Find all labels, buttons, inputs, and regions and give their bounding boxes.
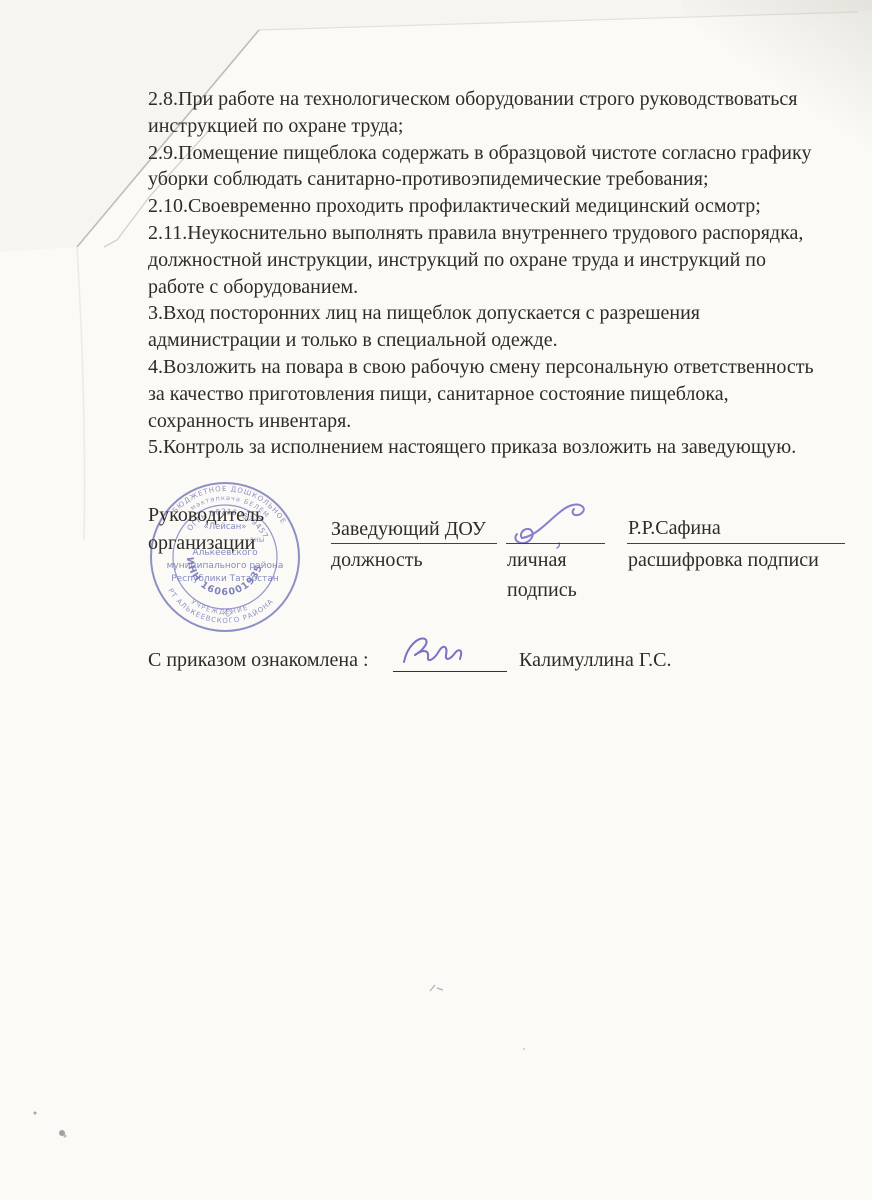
body-line: 2.8.При работе на технологическом оборуд… [148, 86, 868, 113]
name-caption: расшифровка подписи [628, 549, 819, 572]
position-underline [331, 543, 497, 544]
body-line: 2.11.Неукоснительно выполнять правила вн… [148, 220, 868, 247]
signature-caption-line2: подпись [507, 579, 577, 602]
scanned-document: 2.8.При работе на технологическом оборуд… [0, 0, 872, 1200]
acknowledgement-label: С приказом ознакомлена : [148, 649, 369, 672]
body-line: 2.10.Своевременно проходить профилактиче… [148, 193, 868, 220]
acknowledgement-name: Калимуллина Г.С. [519, 649, 671, 672]
body-line: 5.Контроль за исполнением настоящего при… [148, 434, 868, 461]
issuer-role-line1: Руководитель [148, 504, 264, 527]
body-line: 2.9.Помещение пищеблока содержать в обра… [148, 140, 868, 167]
body-line: за качество приготовления пищи, санитарн… [148, 381, 868, 408]
body-line: работе с оборудованием. [148, 274, 868, 301]
issuer-role-line2: организации [148, 532, 255, 555]
body-line: должностной инструкции, инструкций по ох… [148, 247, 868, 274]
organization-stamp: БЮДЖЕТНОЕ ДОШКОЛЬНОЕ мәктәпкәчә БЕЛЕМ РТ… [139, 471, 311, 643]
acknowledgement-signature [392, 628, 507, 673]
scan-specks [34, 985, 526, 1138]
body-line: сохранность инвентаря. [148, 408, 868, 435]
position-caption: должность [331, 549, 423, 572]
position-title: Заведующий ДОУ [331, 518, 486, 541]
order-body-text: 2.8.При работе на технологическом оборуд… [148, 86, 868, 461]
paper-fold-shadow [77, 247, 85, 540]
body-line: администрации и только в специальной оде… [148, 327, 868, 354]
stamp-republic-line: Республики Татарстан [171, 574, 279, 584]
body-line: 4.Возложить на повара в свою рабочую сме… [148, 354, 868, 381]
handwritten-signature [503, 496, 613, 554]
body-line: уборки соблюдать санитарно-противоэпидем… [148, 166, 868, 193]
signature-underline [506, 543, 605, 544]
signature-name: Р.Р.Сафина [628, 517, 721, 540]
stamp-district-line2: муниципального района [167, 561, 284, 571]
body-line: 3.Вход посторонних лиц на пищеблок допус… [148, 300, 868, 327]
body-line: инструкцией по охране труда; [148, 113, 868, 140]
name-underline [627, 543, 845, 544]
signature-caption-line1: личная [507, 549, 567, 572]
